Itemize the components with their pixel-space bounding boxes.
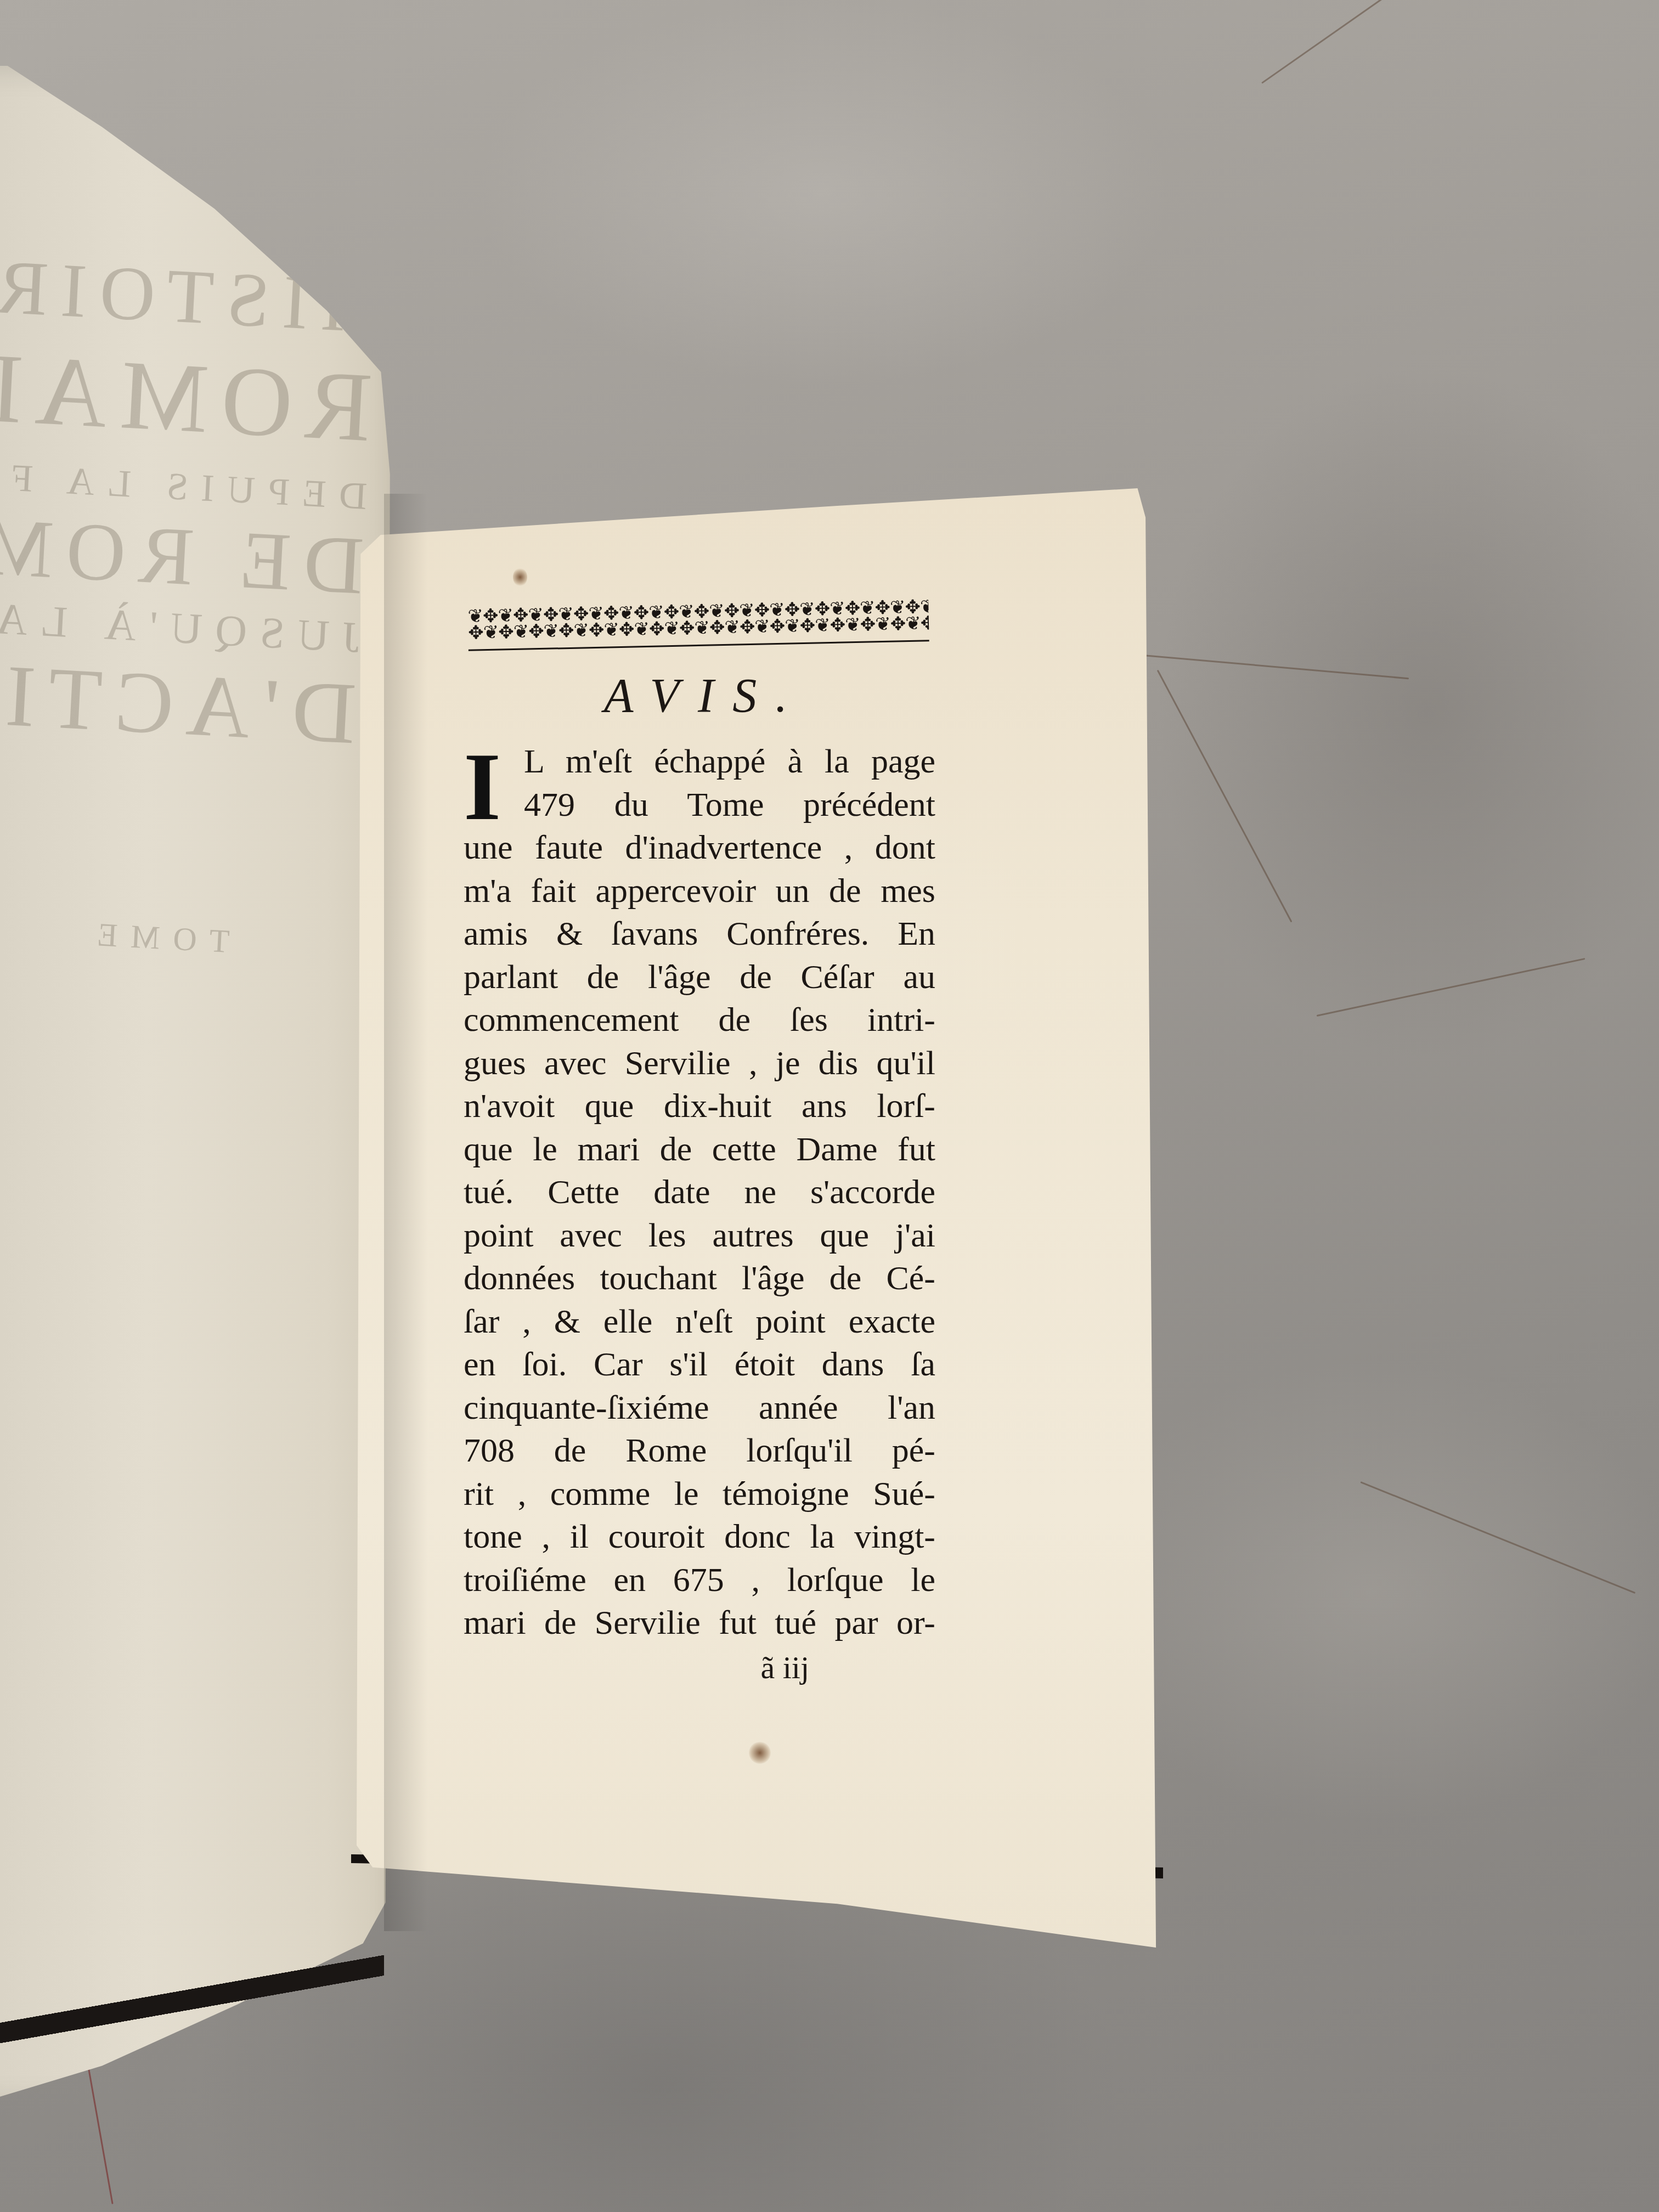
- text-line: commencement de ſes intri-: [464, 998, 935, 1042]
- text-line: tone , il couroit donc la vingt-: [464, 1515, 935, 1559]
- left-page-shadow: [0, 1920, 384, 2194]
- text-line: ſar , & elle n'eſt point exacte: [464, 1300, 935, 1344]
- text-line: rit , comme le témoigne Sué-: [464, 1472, 935, 1516]
- offset-line: TOME: [0, 909, 344, 966]
- text-line: troiſiéme en 675 , lorſque le: [464, 1559, 935, 1602]
- text-line: mari de Servilie fut tué par or-: [464, 1601, 935, 1645]
- offset-show-through-text: HISTOIRE ROMAINE DEPUIS LA FONDATION DE …: [0, 199, 381, 967]
- drop-cap: I: [464, 746, 501, 828]
- text-line: en ſoi. Car s'il étoit dans ſa: [464, 1343, 935, 1386]
- text-line: parlant de l'âge de Céſar au: [464, 956, 935, 999]
- book-gutter: [384, 494, 428, 1931]
- offset-line: D'ACTIUM: [0, 644, 358, 764]
- foxing-spot: [513, 568, 527, 586]
- marble-vein: [1317, 958, 1585, 1017]
- text-line: m'a fait appercevoir un de mes: [464, 870, 935, 913]
- text-line: L m'eſt échappé à la page: [464, 740, 935, 783]
- left-page: HISTOIRE ROMAINE DEPUIS LA FONDATION DE …: [0, 66, 417, 2107]
- marble-vein: [1261, 0, 1487, 84]
- text-line: données touchant l'âge de Cé-: [464, 1257, 935, 1300]
- text-line: amis & ſavans Confréres. En: [464, 912, 935, 956]
- marble-vein: [1360, 1481, 1635, 1594]
- text-line: cinquante-ſixiéme année l'an: [464, 1386, 935, 1430]
- avis-body: I L m'eſt échappé à la page 479 du Tome …: [464, 740, 935, 1645]
- avis-heading: AVIS.: [464, 668, 935, 724]
- avis-text-block: ❦✥❦✥❦✥❦✥❦✥❦✥❦✥❦✥❦✥❦✥❦✥❦✥❦✥❦✥❦✥❦✥❦✥❦ ✥❦✥❦…: [464, 603, 935, 1686]
- text-line: gues avec Servilie , je dis qu'il: [464, 1042, 935, 1085]
- text-line: tué. Cette date ne s'accorde: [464, 1171, 935, 1214]
- text-line: que le mari de cette Dame fut: [464, 1128, 935, 1171]
- fleuron-ornament: ❦✥❦✥❦✥❦✥❦✥❦✥❦✥❦✥❦✥❦✥❦✥❦✥❦✥❦✥❦✥❦✥❦✥❦ ✥❦✥❦…: [467, 599, 929, 651]
- text-line: 479 du Tome précédent: [464, 783, 935, 827]
- offset-line: DE ROME: [0, 499, 366, 613]
- foxing-spot: [749, 1742, 771, 1764]
- marble-vein: [1157, 670, 1293, 923]
- text-line: n'avoit que dix-huit ans lorſ-: [464, 1085, 935, 1128]
- text-line: 708 de Rome lorſqu'il pé-: [464, 1429, 935, 1472]
- signature-mark: ã iij: [464, 1649, 935, 1686]
- marble-vein: [1125, 653, 1409, 679]
- text-line: point avec les autres que j'ai: [464, 1214, 935, 1257]
- offset-line: ROMAINE: [0, 331, 375, 464]
- text-line: une faute d'inadvertence , dont: [464, 826, 935, 870]
